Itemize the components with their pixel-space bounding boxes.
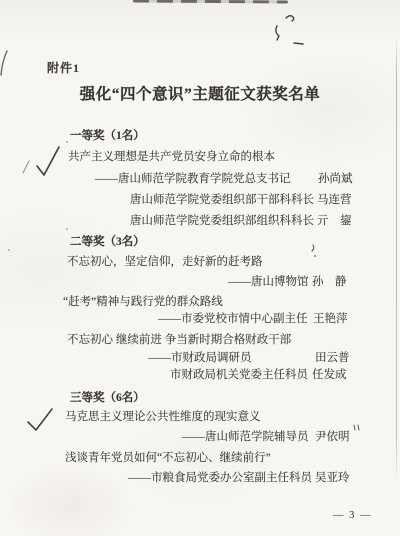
section-header-third-prize: 三等奖（6名） bbox=[70, 391, 145, 405]
handwritten-checkmark-icon bbox=[35, 145, 61, 179]
author-position: 唐山师范学院党委组织部干部科科长 bbox=[130, 193, 314, 207]
author-position: ——市委党校市情中心副主任 bbox=[158, 312, 308, 326]
author-position: ——市粮食局党委办公室副主任科员 bbox=[128, 471, 312, 485]
essay-title: 不忘初心 继续前进 争当新时期合格财政干部 bbox=[67, 333, 291, 347]
author-position: ——唐山师范学院辅导员 bbox=[182, 430, 309, 444]
page-number: — 3 — bbox=[333, 509, 372, 523]
author-position: ——唐山博物馆 bbox=[228, 275, 309, 289]
handwritten-squiggle-mark bbox=[270, 12, 310, 48]
ink-speck bbox=[345, 436, 347, 438]
ink-speck bbox=[8, 249, 10, 251]
author-position: ——唐山师范学院教育学院党总支书记 bbox=[95, 172, 291, 186]
author-name: 马连营 bbox=[317, 193, 352, 207]
essay-title: 浅谈青年党员如何“不忘初心、继续前行” bbox=[65, 451, 271, 465]
handwritten-checkmark-icon bbox=[26, 407, 54, 433]
author-position: ——市财政局调研员 bbox=[148, 351, 252, 365]
section-header-second-prize: 二等奖（3名） bbox=[70, 235, 145, 249]
author-position: 市财政局机关党委主任科员 bbox=[170, 368, 308, 382]
author-name: 孙尚斌 bbox=[318, 172, 353, 186]
essay-title: 不忘初心，坚定信仰，走好新的赶考路 bbox=[67, 255, 263, 269]
pen-stroke-left-edge bbox=[0, 50, 8, 76]
author-name: 吴亚玲 bbox=[315, 471, 350, 485]
document-title: 强化“四个意识”主题征文获奖名单 bbox=[0, 82, 400, 104]
author-name: 孙 静 bbox=[312, 275, 347, 289]
author-name: 任发成 bbox=[312, 368, 347, 382]
author-name: 王艳萍 bbox=[313, 312, 348, 326]
essay-title: “赶考”精神与践行党的群众路线 bbox=[63, 295, 223, 309]
scan-artifact-top-edge bbox=[133, 0, 288, 3]
section-header-first-prize: 一等奖（1名） bbox=[70, 129, 145, 143]
author-position: 唐山师范学院党委组织部组织科科长 bbox=[130, 214, 314, 228]
ink-stray-mark bbox=[309, 244, 319, 258]
scanned-document-page: 附件1 强化“四个意识”主题征文获奖名单 一等奖（1名） 共产主义理想是共产党员… bbox=[0, 0, 400, 536]
author-name: 田云普 bbox=[315, 351, 350, 365]
essay-title: 马克思主义理论公共性维度的现实意义 bbox=[65, 410, 261, 424]
ink-stray-mark bbox=[352, 424, 360, 434]
ink-speck bbox=[66, 141, 68, 143]
author-name: 亓 鋆 bbox=[317, 214, 352, 228]
attachment-label: 附件1 bbox=[47, 61, 80, 75]
essay-title: 共产主义理想是共产党员安身立命的根本 bbox=[68, 150, 275, 164]
pen-stroke-small bbox=[22, 160, 30, 174]
ink-speck bbox=[66, 228, 68, 230]
